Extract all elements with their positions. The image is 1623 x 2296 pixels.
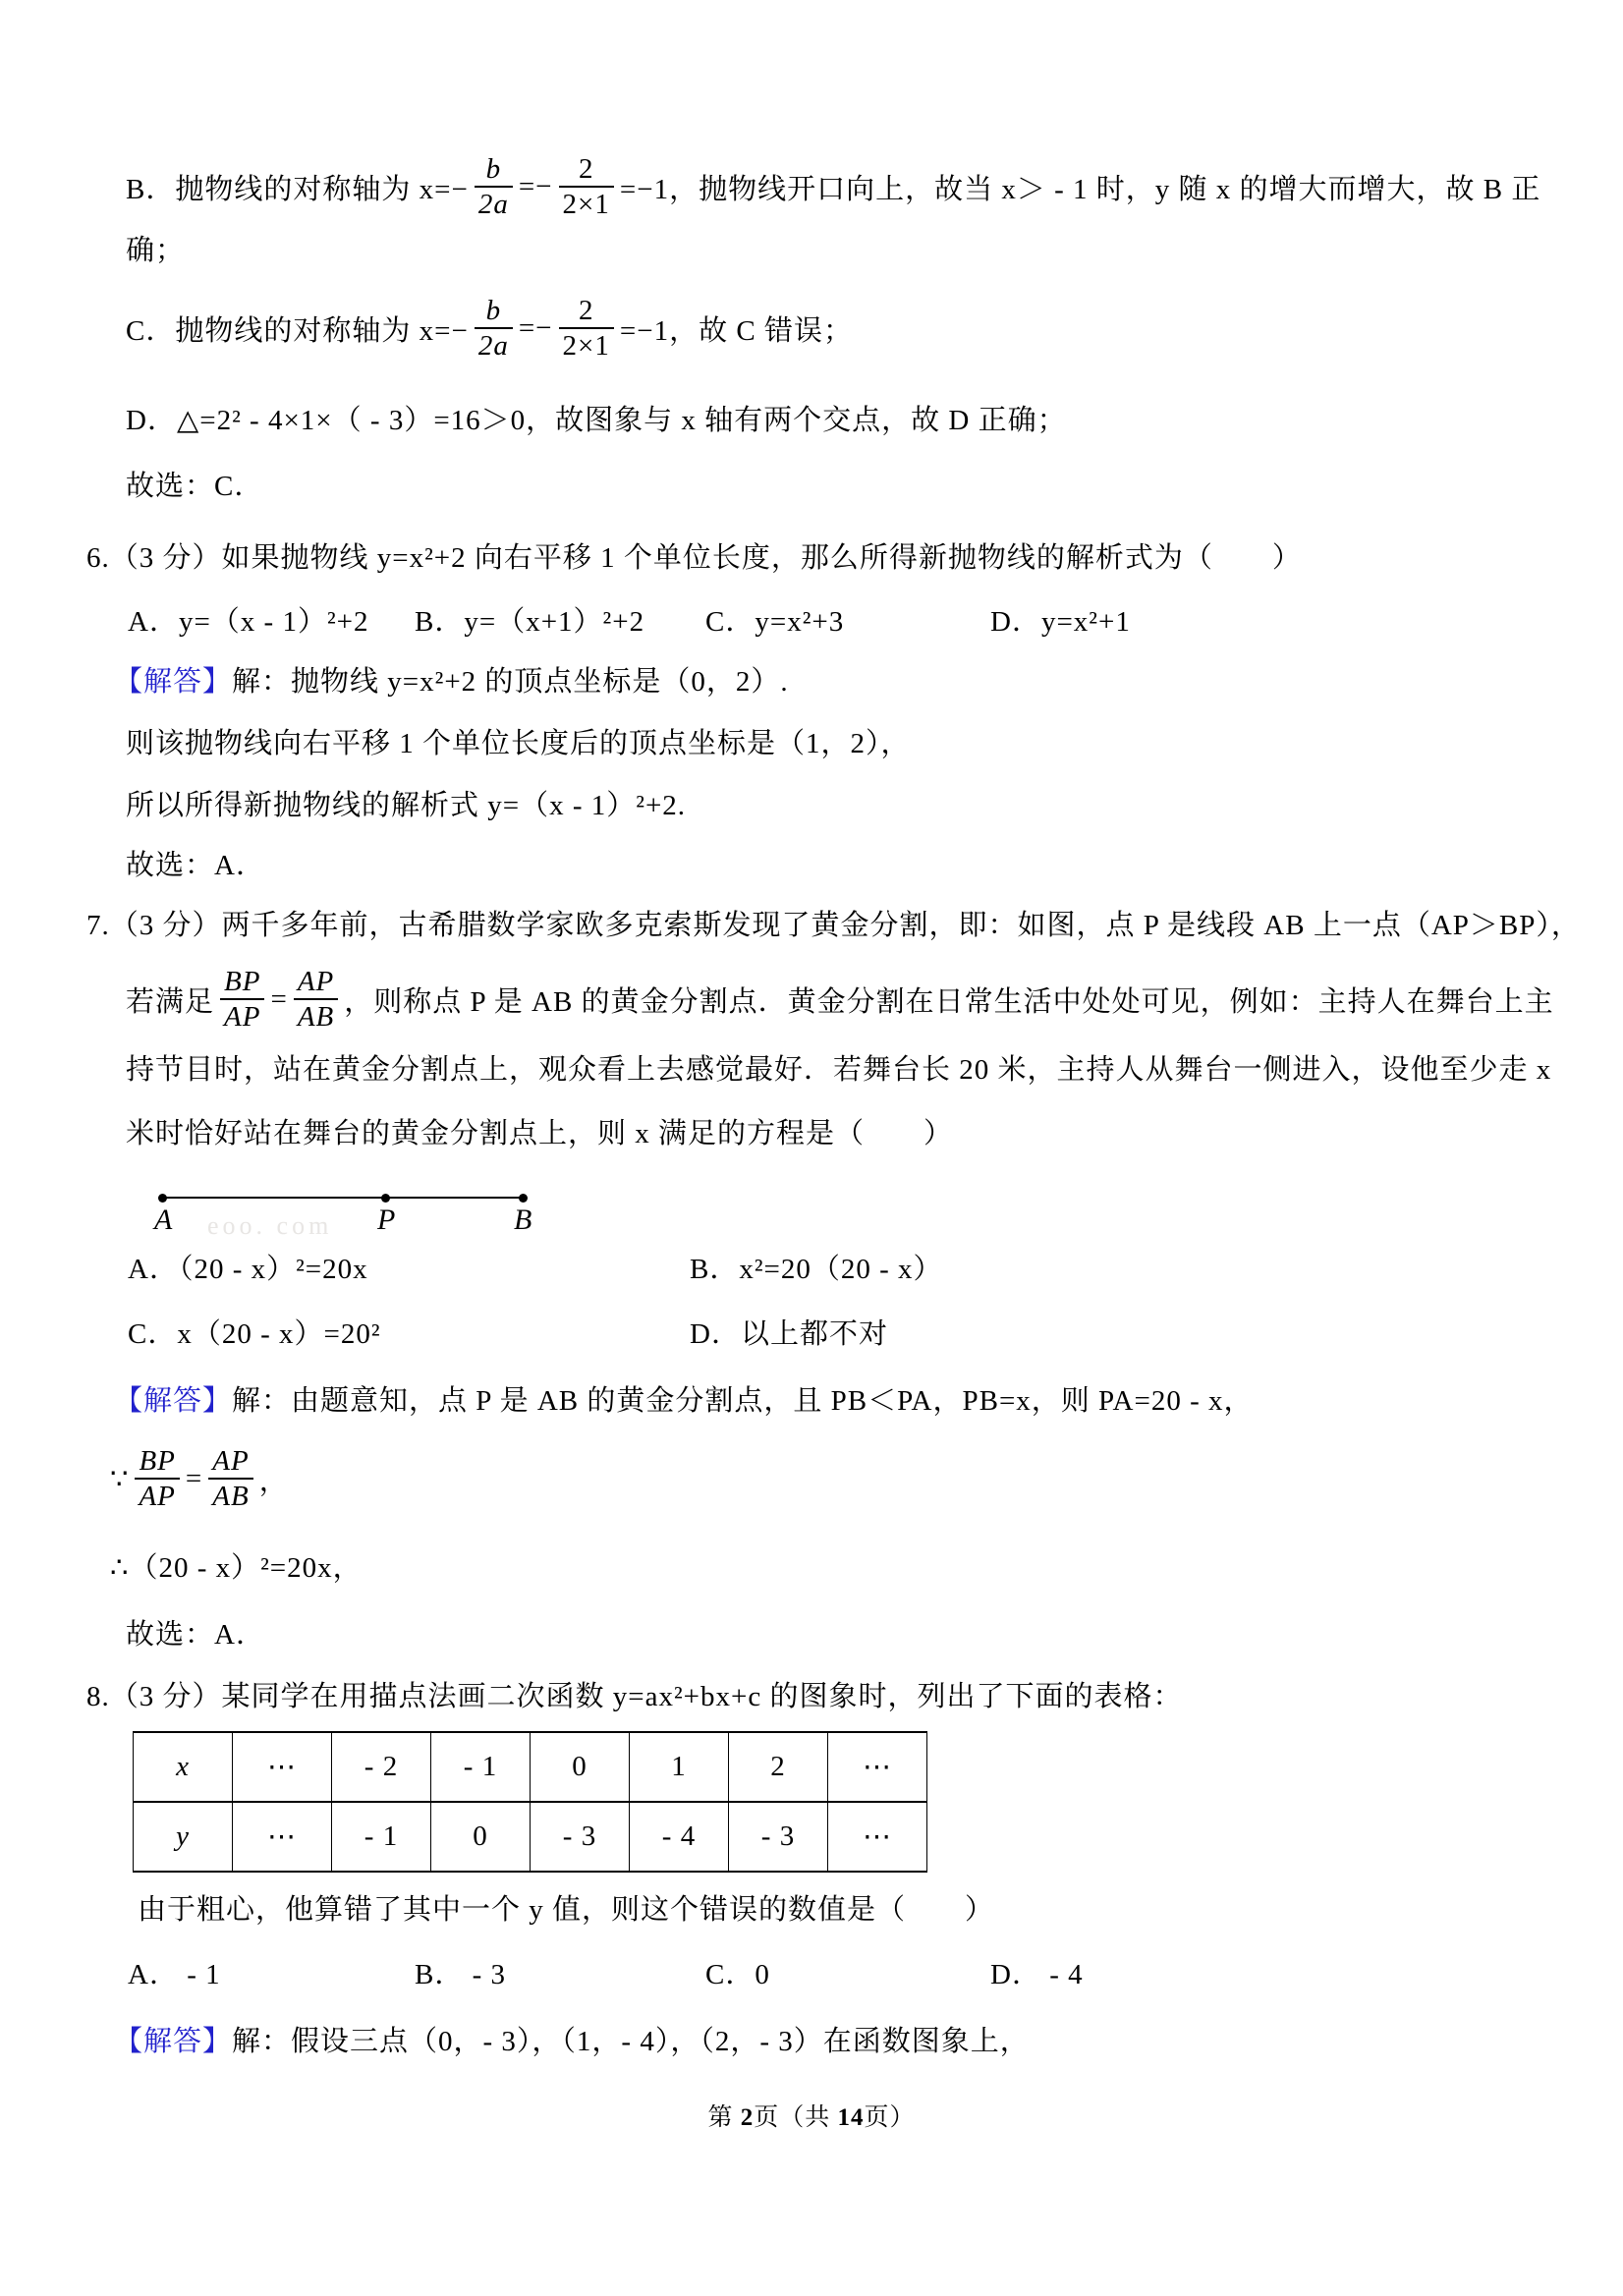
table-cell: ⋯	[828, 1732, 927, 1802]
q7-stem-line1: 7.（3 分）两千多年前，古希腊数学家欧多克索斯发现了黄金分割，即：如图，点 P…	[86, 903, 1581, 948]
q6-solution-line1: 【解答】解：抛物线 y=x²+2 的顶点坐标是（0，2）.	[114, 659, 789, 704]
fraction-numerator: BP	[220, 966, 264, 998]
table-cell: ⋯	[233, 1802, 332, 1872]
q7-stem-line3: 持节目时，站在黄金分割点上，观众看上去感觉最好．若舞台长 20 米，主持人从舞台…	[126, 1047, 1551, 1092]
q6-solution-line2: 则该抛物线向右平移 1 个单位长度后的顶点坐标是（1，2），	[126, 721, 911, 766]
q7-stem-line2: 若满足 BP AP = AP AB ，则称点 P 是 AB 的黄金分割点．黄金分…	[126, 944, 1554, 1054]
fraction-BP-over-AP: BP AP	[220, 966, 264, 1034]
point-B-label: B	[514, 1204, 532, 1237]
segment-AB-line	[160, 1197, 526, 1199]
table-cell: 1	[630, 1732, 729, 1802]
table-cell: 0	[431, 1802, 531, 1872]
table-cell: ⋯	[828, 1802, 927, 1872]
golden-section-segment-diagram: eoo. com A P B	[160, 1184, 526, 1255]
fraction-denominator: 2a	[475, 186, 513, 220]
q5-answer-line: 故选：C．	[126, 464, 263, 509]
text-segment: 若满足	[126, 980, 214, 1020]
text-segment: C．抛物线的对称轴为 x=−	[126, 308, 469, 349]
q7-options-row1: A．（20 - x）²=20x B．x²=20（20 - x）	[128, 1247, 1562, 1292]
q6-options-row: A．y=（x - 1）²+2 B．y=（x+1）²+2 C．y=x²+3 D．y…	[128, 599, 1562, 644]
q7-option-c: C．x（20 - x）=20²	[128, 1312, 381, 1357]
point-P-dot	[381, 1194, 390, 1203]
point-P-label: P	[377, 1204, 396, 1237]
q8-solution-line1: 【解答】解：假设三点（0，- 3），（1，- 4），（2，- 3）在函数图象上，	[114, 2019, 1030, 2064]
fraction-numerator: AP	[294, 966, 338, 998]
solution-label: 【解答】	[114, 2026, 232, 2057]
q7-solution-line1: 【解答】解：由题意知，点 P 是 AB 的黄金分割点，且 PB＜PA，PB=x，…	[114, 1378, 1253, 1424]
footer-text: 第	[707, 2104, 740, 2131]
q6-solution-line3: 所以所得新抛物线的解析式 y=（x - 1）²+2.	[126, 783, 686, 828]
table-cell: - 1	[332, 1802, 431, 1872]
table-cell: y	[134, 1802, 233, 1872]
point-B-dot	[519, 1194, 528, 1203]
equals-sign: =	[186, 1463, 202, 1495]
q8-option-c: C．0	[705, 1952, 770, 1997]
fraction-denominator: AB	[294, 998, 338, 1033]
footer-page-number: 2	[741, 2104, 755, 2131]
text-segment: B．抛物线的对称轴为 x=−	[126, 167, 469, 207]
table-row-y: y ⋯ - 1 0 - 3 - 4 - 3 ⋯	[134, 1802, 927, 1872]
table-cell: ⋯	[233, 1732, 332, 1802]
table-cell: - 4	[630, 1802, 729, 1872]
fraction-BP-over-AP: BP AP	[135, 1445, 179, 1513]
fraction-denominator: AB	[208, 1478, 252, 1512]
text-segment: 解：假设三点（0，- 3），（1，- 4），（2，- 3）在函数图象上，	[232, 2026, 1030, 2057]
q8-option-a: A． - 1	[128, 1952, 221, 1997]
footer-text: 页（共	[754, 2104, 837, 2131]
fraction-2-over-2x1: 2 2×1	[559, 295, 614, 363]
text-segment: =−	[519, 171, 553, 203]
fraction-denominator: 2a	[475, 327, 513, 362]
fraction-numerator: b	[482, 295, 506, 327]
table-cell: - 3	[729, 1802, 828, 1872]
q8-stem-line2: 由于粗心，他算错了其中一个 y 值，则这个错误的数值是（ ）	[138, 1887, 994, 1932]
watermark: eoo. com	[207, 1211, 332, 1241]
fraction-AP-over-AB: AP AB	[294, 966, 338, 1034]
fraction-numerator: AP	[208, 1445, 252, 1478]
q7-solution-line2: ∵ BP AP = AP AB ，	[110, 1424, 289, 1534]
equals-sign: =	[270, 983, 287, 1016]
document-page: B．抛物线的对称轴为 x=− b 2a =− 2 2×1 =−1，抛物线开口向上…	[0, 0, 1623, 2296]
table-cell: 0	[531, 1732, 630, 1802]
q5-optionB-continuation: 确；	[126, 228, 185, 273]
solution-label: 【解答】	[114, 666, 232, 698]
text-segment: =−	[519, 312, 553, 345]
footer-total-pages: 14	[838, 2104, 865, 2131]
point-A-dot	[158, 1194, 167, 1203]
q6-stem: 6.（3 分）如果抛物线 y=x²+2 向右平移 1 个单位长度，那么所得新抛物…	[86, 535, 1302, 581]
text-segment: ，则称点 P 是 AB 的黄金分割点．黄金分割在日常生活中处处可见，例如：主持人…	[344, 980, 1553, 1020]
q7-option-a: A．（20 - x）²=20x	[128, 1247, 368, 1292]
table-row-x: x ⋯ - 2 - 1 0 1 2 ⋯	[134, 1732, 927, 1802]
q7-option-b: B．x²=20（20 - x）	[690, 1247, 943, 1292]
q7-answer-line: 故选：A．	[126, 1612, 265, 1657]
q6-answer-line: 故选：A．	[126, 843, 265, 888]
fraction-b-over-2a: b 2a	[475, 295, 513, 363]
fraction-denominator: AP	[135, 1478, 179, 1512]
text-segment: =−1，故 C 错误；	[620, 308, 853, 349]
point-A-label: A	[154, 1204, 173, 1237]
q6-option-c: C．y=x²+3	[705, 599, 844, 644]
q6-option-a: A．y=（x - 1）²+2	[128, 599, 369, 644]
footer-text: 页）	[865, 2104, 916, 2131]
fraction-denominator: AP	[220, 998, 264, 1033]
fraction-numerator: 2	[575, 295, 598, 327]
solution-label: 【解答】	[114, 1385, 232, 1417]
q8-options-row: A． - 1 B． - 3 C．0 D． - 4	[128, 1952, 1562, 1997]
page-footer: 第 2页（共 14页）	[0, 2099, 1623, 2138]
fraction-denominator: 2×1	[559, 327, 614, 362]
q7-stem-line4: 米时恰好站在舞台的黄金分割点上，则 x 满足的方程是（ ）	[126, 1111, 953, 1156]
table-cell: - 3	[531, 1802, 630, 1872]
because-symbol: ∵	[110, 1462, 129, 1496]
fraction-numerator: b	[482, 153, 506, 186]
fraction-numerator: 2	[575, 153, 598, 186]
table-cell: 2	[729, 1732, 828, 1802]
q7-option-d: D．以上都不对	[690, 1312, 888, 1357]
q8-option-d: D． - 4	[990, 1952, 1084, 1997]
fraction-AP-over-AB: AP AB	[208, 1445, 252, 1513]
q5-optionC-analysis-line: C．抛物线的对称轴为 x=− b 2a =− 2 2×1 =−1，故 C 错误；	[126, 273, 853, 383]
table-cell: x	[134, 1732, 233, 1802]
q6-option-d: D．y=x²+1	[990, 599, 1131, 644]
fraction-b-over-2a: b 2a	[475, 153, 513, 221]
q8-stem: 8.（3 分）某同学在用描点法画二次函数 y=ax²+bx+c 的图象时，列出了…	[86, 1674, 1183, 1719]
q5-optionB-analysis-line: B．抛物线的对称轴为 x=− b 2a =− 2 2×1 =−1，抛物线开口向上…	[126, 132, 1540, 242]
q7-options-row2: C．x（20 - x）=20² D．以上都不对	[128, 1312, 1562, 1357]
text-segment: =−1，抛物线开口向上，故当 x＞ - 1 时，y 随 x 的增大而增大，故 B…	[620, 167, 1540, 207]
q8-option-b: B． - 3	[415, 1952, 506, 1997]
q6-option-b: B．y=（x+1）²+2	[415, 599, 644, 644]
fraction-2-over-2x1: 2 2×1	[559, 153, 614, 221]
fraction-numerator: BP	[135, 1445, 179, 1478]
table-cell: - 2	[332, 1732, 431, 1802]
table-cell: - 1	[431, 1732, 531, 1802]
q5-optionD-analysis-line: D．△=2² - 4×1×（ - 3）=16＞0，故图象与 x 轴有两个交点，故…	[126, 398, 1067, 443]
q8-value-table: x ⋯ - 2 - 1 0 1 2 ⋯ y ⋯ - 1 0 - 3 - 4 - …	[133, 1731, 927, 1873]
text-segment: ，	[259, 1459, 289, 1499]
text-segment: 解：抛物线 y=x²+2 的顶点坐标是（0，2）.	[232, 666, 789, 698]
fraction-denominator: 2×1	[559, 186, 614, 220]
text-segment: 解：由题意知，点 P 是 AB 的黄金分割点，且 PB＜PA，PB=x，则 PA…	[232, 1385, 1253, 1417]
q7-solution-line3: ∴（20 - x）²=20x，	[110, 1545, 363, 1591]
